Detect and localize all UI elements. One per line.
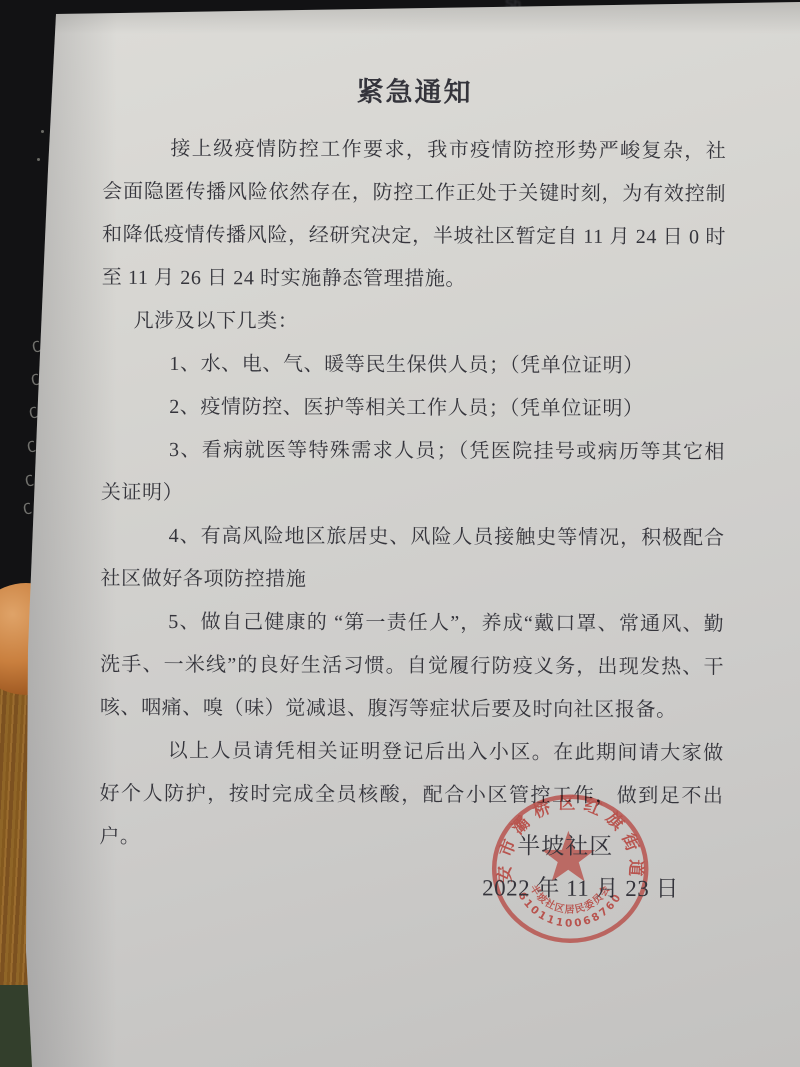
notice-item-1: 1、水、电、气、暖等民生保供人员；（凭单位证明） (101, 343, 725, 389)
green-book-edge (0, 985, 32, 1067)
coil-ring-icon: C (24, 471, 36, 490)
paper-sheet: 紧急通知 接上级疫情防控工作要求，我市疫情防控形势严峻复杂，社会面隐匿传播风险依… (0, 0, 800, 1067)
notice-item-5: 5、做自己健康的 “第一责任人”，养成“戴口罩、常通风、勤洗手、一米线”的良好生… (100, 601, 725, 733)
notice-item-4: 4、有高风险地区旅居史、风险人员接触史等情况，积极配合社区做好各项防控措施 (100, 515, 724, 604)
notice-lead-line: 凡涉及以下几类： (102, 300, 726, 346)
notice-item-3: 3、看病就医等特殊需求人员；（凭医院挂号或病历等其它相关证明） (101, 429, 725, 518)
photo-of-notice: C C C C C C Sh 紧急通知 接上级疫情防控工作要求，我市疫情防控形势… (0, 0, 800, 1067)
notice-title: 紧急通知 (103, 69, 727, 111)
notice-body: 紧急通知 接上级疫情防控工作要求，我市疫情防控形势严峻复杂，社会面隐匿传播风险依… (99, 69, 726, 862)
signature-date: 2022 年 11 月 23 日 (482, 869, 679, 903)
signature-org: 半坡社区 (517, 828, 613, 861)
speck (37, 158, 40, 161)
coil-ring-icon: C (26, 437, 38, 456)
notice-item-2: 2、疫情防控、医护等相关工作人员；（凭单位证明） (101, 386, 725, 432)
printed-content: 紧急通知 接上级疫情防控工作要求，我市疫情防控形势严峻复杂，社会面隐匿传播风险依… (0, 0, 800, 1067)
coil-ring-icon: C (22, 499, 34, 518)
speck (41, 130, 44, 133)
notice-intro-paragraph: 接上级疫情防控工作要求，我市疫情防控形势严峻复杂，社会面隐匿传播风险依然存在，防… (102, 128, 727, 303)
